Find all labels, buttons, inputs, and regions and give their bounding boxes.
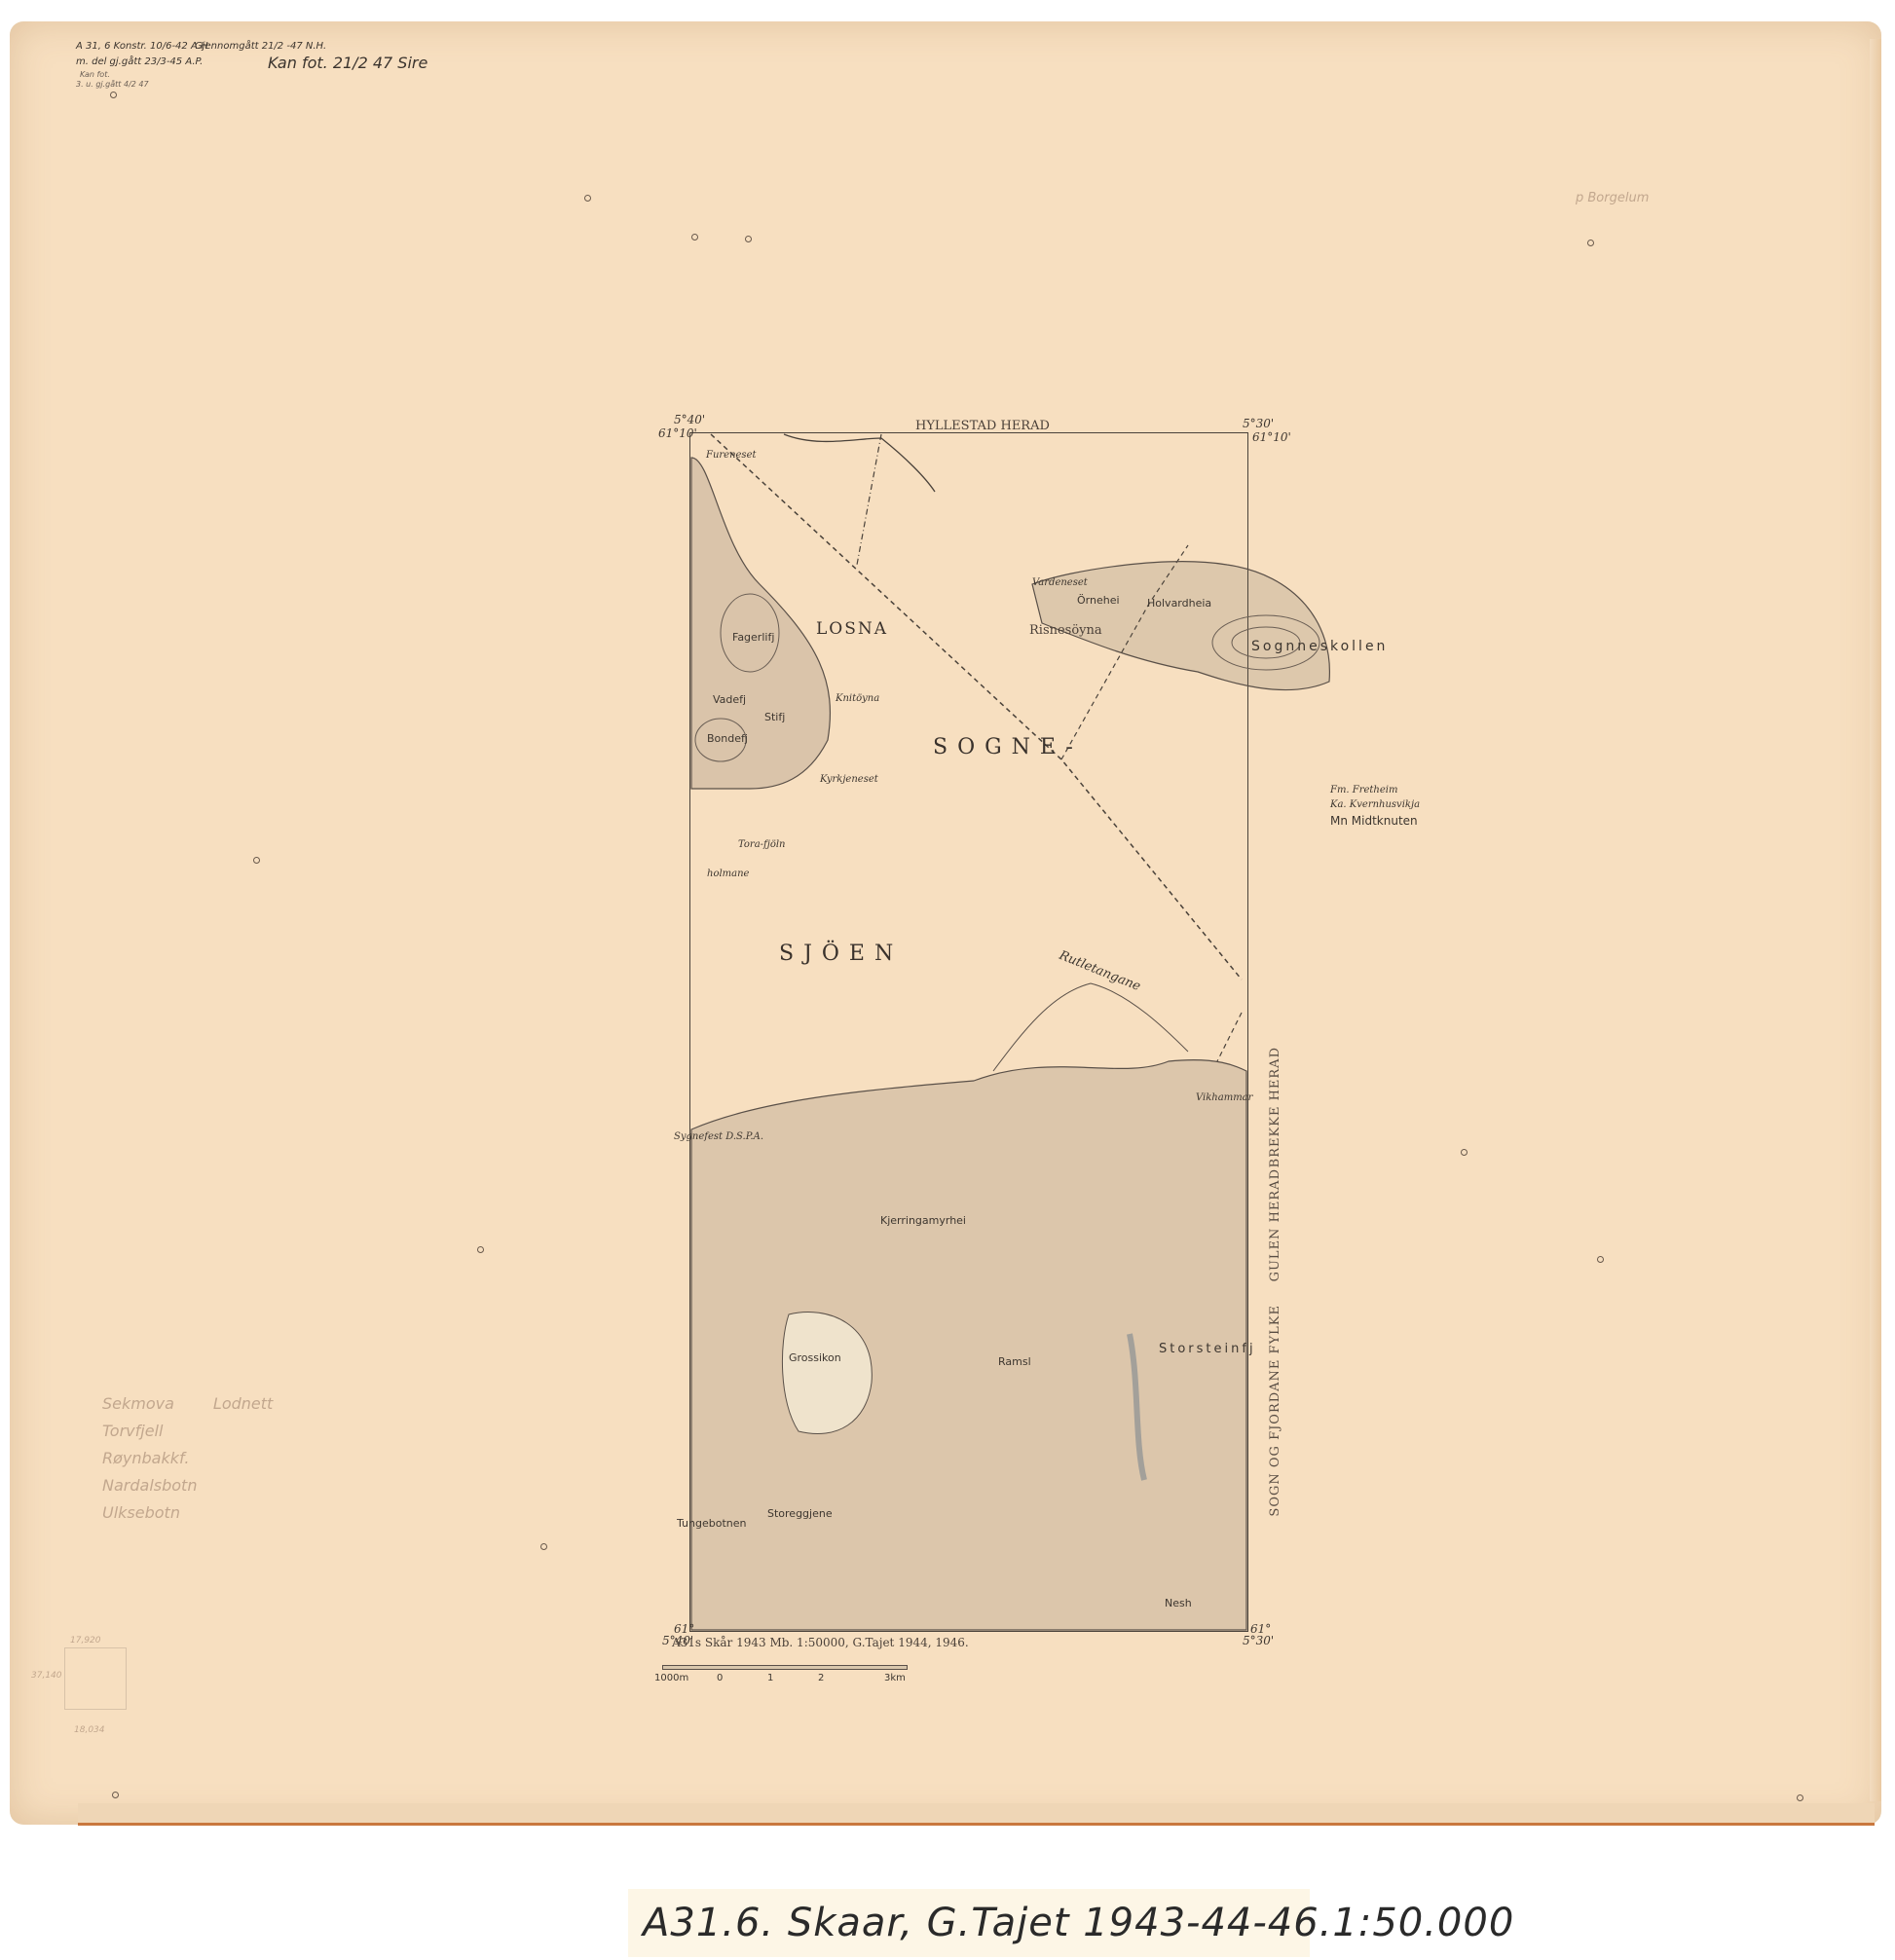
place-label: Vadefj bbox=[713, 693, 746, 706]
scale-label: 1 bbox=[767, 1673, 773, 1683]
place-label: Sognneskollen bbox=[1251, 639, 1388, 654]
place-label: Fagerlifj bbox=[732, 631, 774, 644]
scale-label: 2 bbox=[818, 1673, 824, 1683]
place-label: Nesh bbox=[1165, 1597, 1192, 1609]
island-losna: LOSNA bbox=[816, 619, 888, 639]
legend-mn: Mn Midtknuten bbox=[1330, 814, 1420, 828]
sheet-title: A31.6. Skaar, G.Tajet 1943-44-46.1:50.00… bbox=[643, 1901, 1514, 1945]
place-label: Kyrkjeneset bbox=[820, 774, 878, 785]
place-label: Örnehei bbox=[1077, 594, 1120, 607]
label-brekke-herad: BREKKE HERAD bbox=[1268, 1047, 1282, 1167]
scale-label: 3km bbox=[884, 1673, 906, 1683]
place-label: Knitöyna bbox=[836, 693, 879, 704]
label-gulen-herad: GULEN HERAD bbox=[1268, 1168, 1282, 1281]
place-label: Storeggjene bbox=[767, 1507, 833, 1520]
scale-label: 0 bbox=[717, 1673, 723, 1683]
place-label: Tora-fjöln bbox=[738, 839, 786, 850]
label-sogn-fjordane: SOGN OG FJORDANE FYLKE bbox=[1268, 1305, 1282, 1517]
place-label: Holvardheia bbox=[1147, 597, 1211, 610]
legend-fm: Fm. Fretheim bbox=[1330, 785, 1420, 795]
place-label: Ramsl bbox=[998, 1355, 1031, 1368]
island-risnesoyna: Risnesöyna bbox=[1029, 623, 1102, 638]
map-caption: A31s Skår 1943 Mb. 1:50000, G.Tajet 1944… bbox=[672, 1636, 969, 1649]
place-label: Storsteinfj bbox=[1159, 1342, 1256, 1356]
place-label: Sygnefest D.S.P.A. bbox=[674, 1131, 763, 1142]
place-label: Vardeneset bbox=[1032, 577, 1088, 588]
legend-ka: Ka. Kvernhusvikja bbox=[1330, 799, 1420, 810]
place-label: Bondefj bbox=[707, 732, 748, 745]
place-label: holmane bbox=[707, 869, 749, 879]
place-label: Vikhammar bbox=[1196, 1092, 1252, 1103]
scale-label: 1000m bbox=[654, 1673, 688, 1683]
place-label: Kjerringamyrhei bbox=[880, 1214, 966, 1227]
place-label: Tungebotnen bbox=[677, 1517, 746, 1530]
place-label: Fureneset bbox=[706, 450, 757, 461]
legend: Fm. Fretheim Ka. Kvernhusvikja Mn Midtkn… bbox=[1330, 785, 1420, 828]
map-linework bbox=[0, 0, 1895, 1960]
water-sogne: SOGNE- bbox=[933, 735, 1083, 759]
place-label: Stifj bbox=[764, 711, 785, 723]
water-sjoen: SJÖEN bbox=[779, 942, 903, 966]
place-label: Grossikon bbox=[789, 1351, 841, 1364]
